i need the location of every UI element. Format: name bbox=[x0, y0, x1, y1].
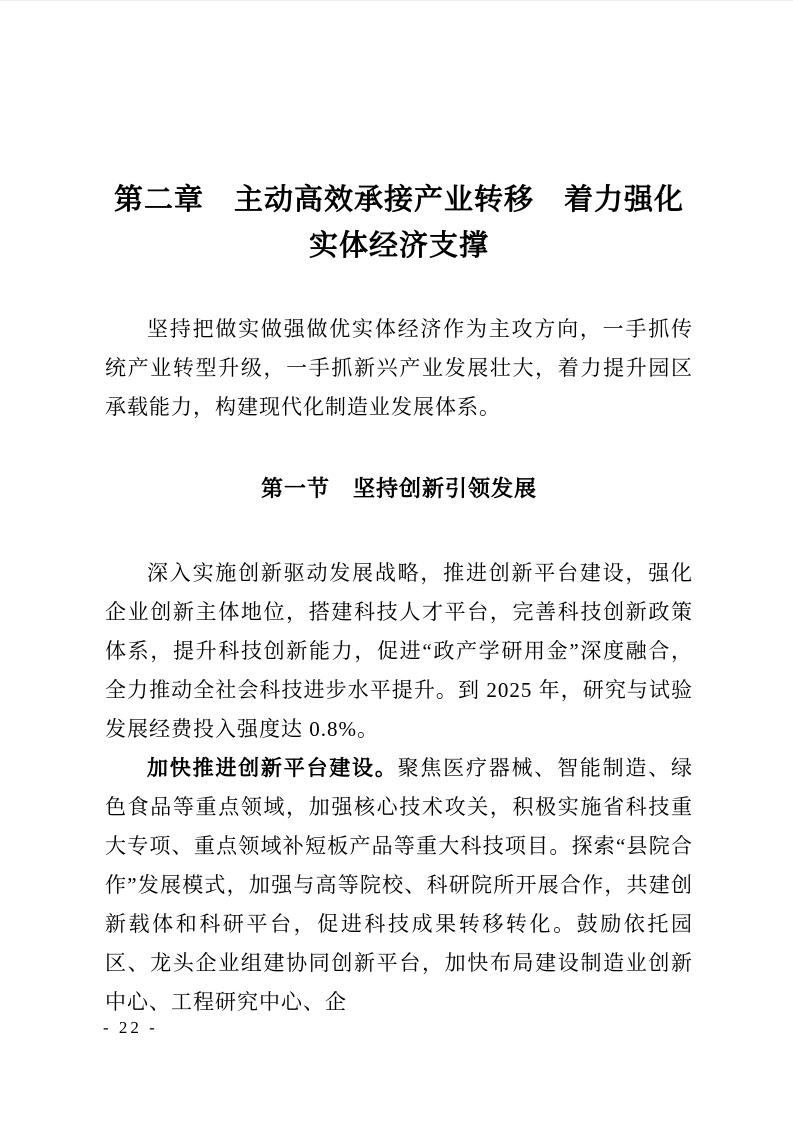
chapter-title-line-1: 第二章 主动高效承接产业转移 着力强化 bbox=[105, 177, 693, 223]
platform-paragraph: 加快推进创新平台建设。聚焦医疗器械、智能制造、绿色食品等重点领域，加强核心技术攻… bbox=[105, 749, 693, 1022]
chapter-title-line-2: 实体经济支撑 bbox=[105, 223, 693, 269]
platform-paragraph-body: 聚焦医疗器械、智能制造、绿色食品等重点领域，加强核心技术攻关，积极实施省科技重大… bbox=[105, 756, 693, 1014]
intro-paragraph: 坚持把做实做强做优实体经济作为主攻方向，一手抓传统产业转型升级，一手抓新兴产业发… bbox=[105, 310, 693, 427]
chapter-title: 第二章 主动高效承接产业转移 着力强化 实体经济支撑 bbox=[105, 177, 693, 269]
section-heading: 第一节 坚持创新引领发展 bbox=[105, 474, 693, 504]
platform-paragraph-lead: 加快推进创新平台建设。 bbox=[147, 757, 398, 780]
document-page: 第二章 主动高效承接产业转移 着力强化 实体经济支撑 坚持把做实做强做优实体经济… bbox=[0, 0, 793, 1122]
innovation-paragraph: 深入实施创新驱动发展战略，推进创新平台建设，强化企业创新主体地位，搭建科技人才平… bbox=[105, 554, 693, 749]
page-number: - 22 - bbox=[103, 1017, 158, 1039]
